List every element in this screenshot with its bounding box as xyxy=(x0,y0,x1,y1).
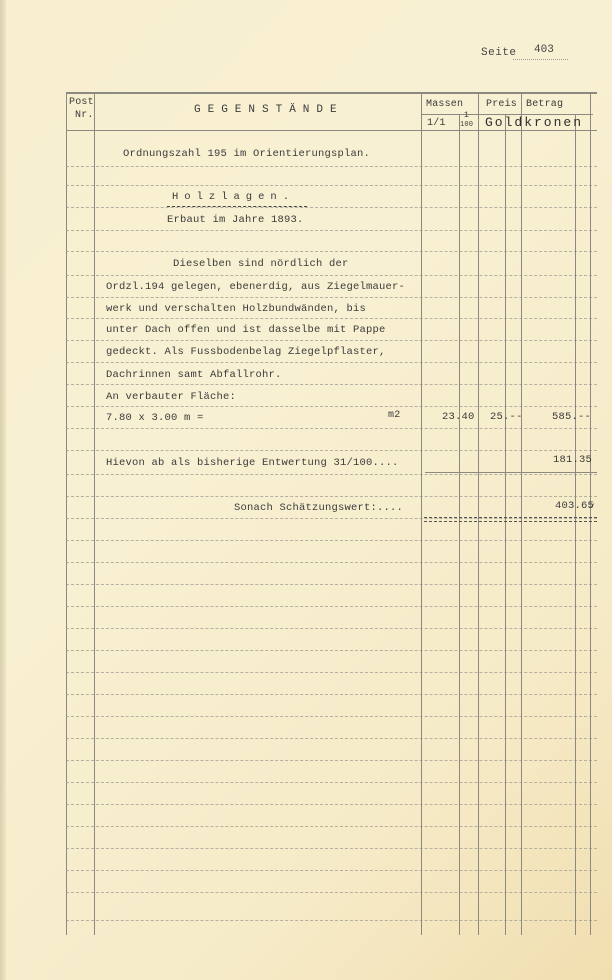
description-line: Dachrinnen samt Abfallrohr. xyxy=(106,369,282,381)
erbaut-line: Erbaut im Jahre 1893. xyxy=(167,214,304,226)
check-mark-icon: ✓ xyxy=(589,501,595,513)
col-border-massen xyxy=(478,92,479,935)
description-line: werk und verschalten Holzbundwänden, bis xyxy=(106,303,366,315)
section-title-underline xyxy=(167,206,307,207)
area-unit: m2 xyxy=(388,410,400,421)
col-border-massen-sub xyxy=(459,114,460,935)
header-massen-frac-num: 1 xyxy=(464,111,469,120)
ledger-grid xyxy=(0,0,612,980)
header-preis: Preis xyxy=(486,99,517,110)
col-border-preis-sub xyxy=(505,114,506,935)
deduction-label: Hievon ab als bisherige Entwertung 31/10… xyxy=(106,457,399,469)
col-border-post xyxy=(94,92,95,935)
col-border-gegenstaende xyxy=(421,92,422,935)
section-title: Holzlagen. xyxy=(172,191,295,203)
area-formula: 7.80 x 3.00 m = xyxy=(106,412,204,424)
calc-betrag-value: 585.-- xyxy=(552,411,591,423)
header-bottom-border xyxy=(66,130,597,131)
col-border-left xyxy=(66,92,67,935)
description-line: An verbauter Fläche: xyxy=(106,391,236,403)
header-gegenstaende: GEGENSTÄNDE xyxy=(194,104,344,116)
ordnungszahl-line: Ordnungszahl 195 im Orientierungsplan. xyxy=(123,148,370,160)
header-nr: Nr. xyxy=(75,110,94,121)
header-massen: Massen xyxy=(426,99,463,110)
total-double-rule xyxy=(424,517,597,522)
total-label: Sonach Schätzungswert:.... xyxy=(234,502,403,514)
currency-stamp: Goldkronen xyxy=(485,115,583,130)
header-massen-frac-den: 100 xyxy=(460,121,473,129)
header-post: Post xyxy=(69,97,94,108)
description-line: Dieselben sind nördlich der xyxy=(173,258,349,270)
col-border-preis xyxy=(521,92,522,935)
header-betrag: Betrag xyxy=(526,99,563,110)
description-line: unter Dach offen und ist dasselbe mit Pa… xyxy=(106,324,386,336)
col-border-betrag-sub xyxy=(575,114,576,935)
description-line: gedeckt. Als Fussbodenbelag Ziegelpflast… xyxy=(106,346,386,358)
calc-massen-value: 23.40 xyxy=(442,411,475,423)
deduction-betrag: 181.35 xyxy=(553,454,592,466)
deduction-rule xyxy=(425,472,597,473)
header-massen-1-1: 1/1 xyxy=(427,118,446,129)
table-top-border xyxy=(66,92,597,94)
col-border-right xyxy=(590,92,591,935)
calc-preis-value: 25.-- xyxy=(490,411,523,423)
description-line: Ordzl.194 gelegen, ebenerdig, aus Ziegel… xyxy=(106,281,405,293)
